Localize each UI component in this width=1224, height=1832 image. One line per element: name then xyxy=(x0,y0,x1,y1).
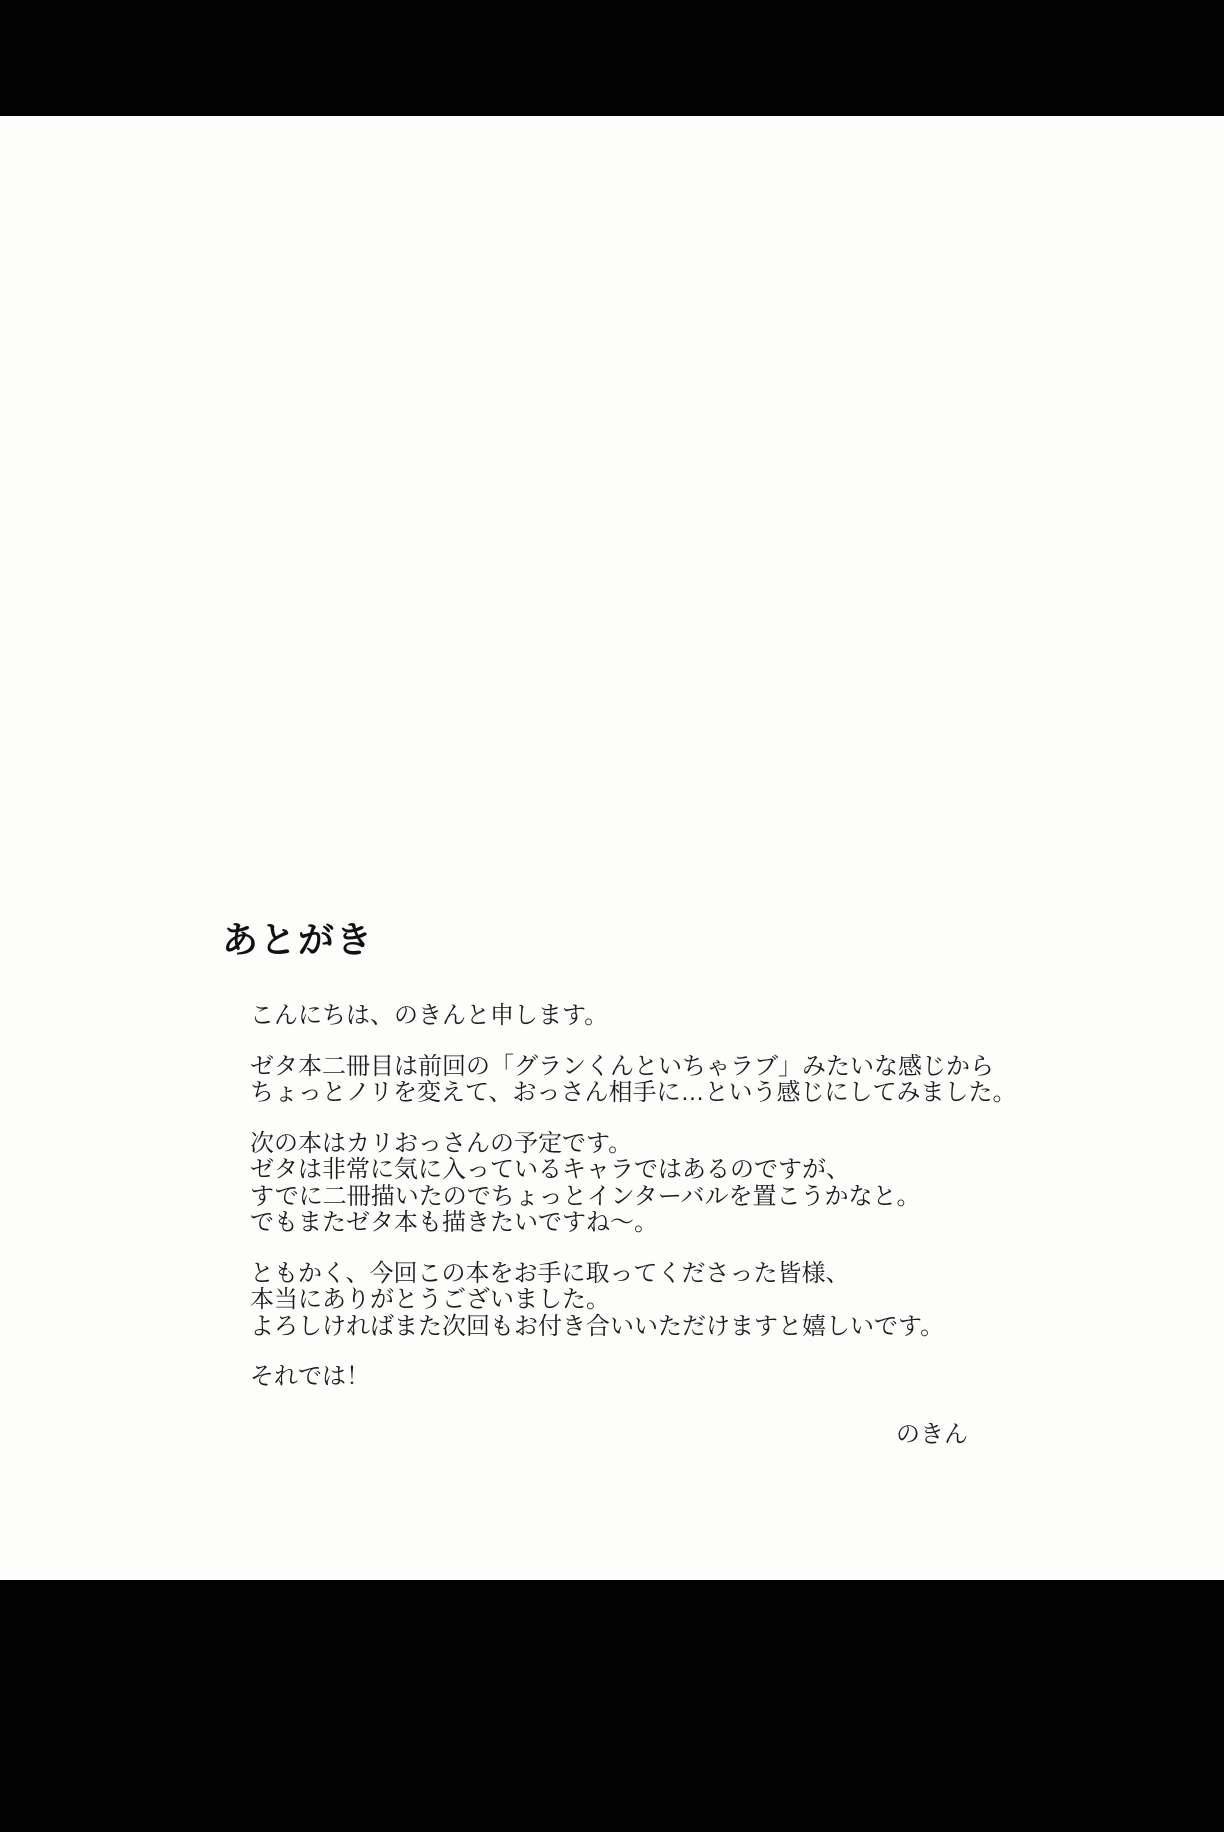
text-line: ちょっとノリを変えて、おっさん相手に…という感じにしてみました。 xyxy=(250,1080,1110,1107)
text-line: それでは！ xyxy=(250,1364,1110,1391)
text-line: すでに二冊描いたのでちょっとインターバルを置こうかなと。 xyxy=(250,1184,1110,1211)
text-line: 本当にありがとうございました。 xyxy=(250,1287,1110,1314)
text-line: ともかく、今回この本をお手に取ってくださった皆様、 xyxy=(250,1261,1110,1288)
afterword-paragraph: 次の本はカリおっさんの予定です。ゼタは非常に気に入っているキャラではあるのですが… xyxy=(250,1131,1110,1237)
afterword-paragraph: こんにちは、のきんと申します。 xyxy=(250,1003,1110,1030)
afterword-paragraphs: こんにちは、のきんと申します。ゼタ本二冊目は前回の「グランくんといちゃラブ」みた… xyxy=(250,1003,1110,1391)
afterword-title: あとがき xyxy=(222,912,374,963)
bottom-black-band xyxy=(0,1580,1224,1832)
text-line: こんにちは、のきんと申します。 xyxy=(250,1003,1110,1030)
afterword-paragraph: ともかく、今回この本をお手に取ってくださった皆様、本当にありがとうございました。… xyxy=(250,1261,1110,1341)
author-signature: のきん xyxy=(0,1414,968,1449)
text-line: ゼタ本二冊目は前回の「グランくんといちゃラブ」みたいな感じから xyxy=(250,1054,1110,1081)
text-line: でもまたゼタ本も描きたいですね～。 xyxy=(250,1210,1110,1237)
top-black-band xyxy=(0,0,1224,116)
scanned-page: あとがき こんにちは、のきんと申します。ゼタ本二冊目は前回の「グランくんといちゃ… xyxy=(0,0,1224,1832)
afterword-paragraph: ゼタ本二冊目は前回の「グランくんといちゃラブ」みたいな感じからちょっとノリを変え… xyxy=(250,1054,1110,1107)
afterword-paragraph: それでは！ xyxy=(250,1364,1110,1391)
text-line: 次の本はカリおっさんの予定です。 xyxy=(250,1131,1110,1158)
text-line: ゼタは非常に気に入っているキャラではあるのですが、 xyxy=(250,1157,1110,1184)
text-line: よろしければまた次回もお付き合いいただけますと嬉しいです。 xyxy=(250,1314,1110,1341)
